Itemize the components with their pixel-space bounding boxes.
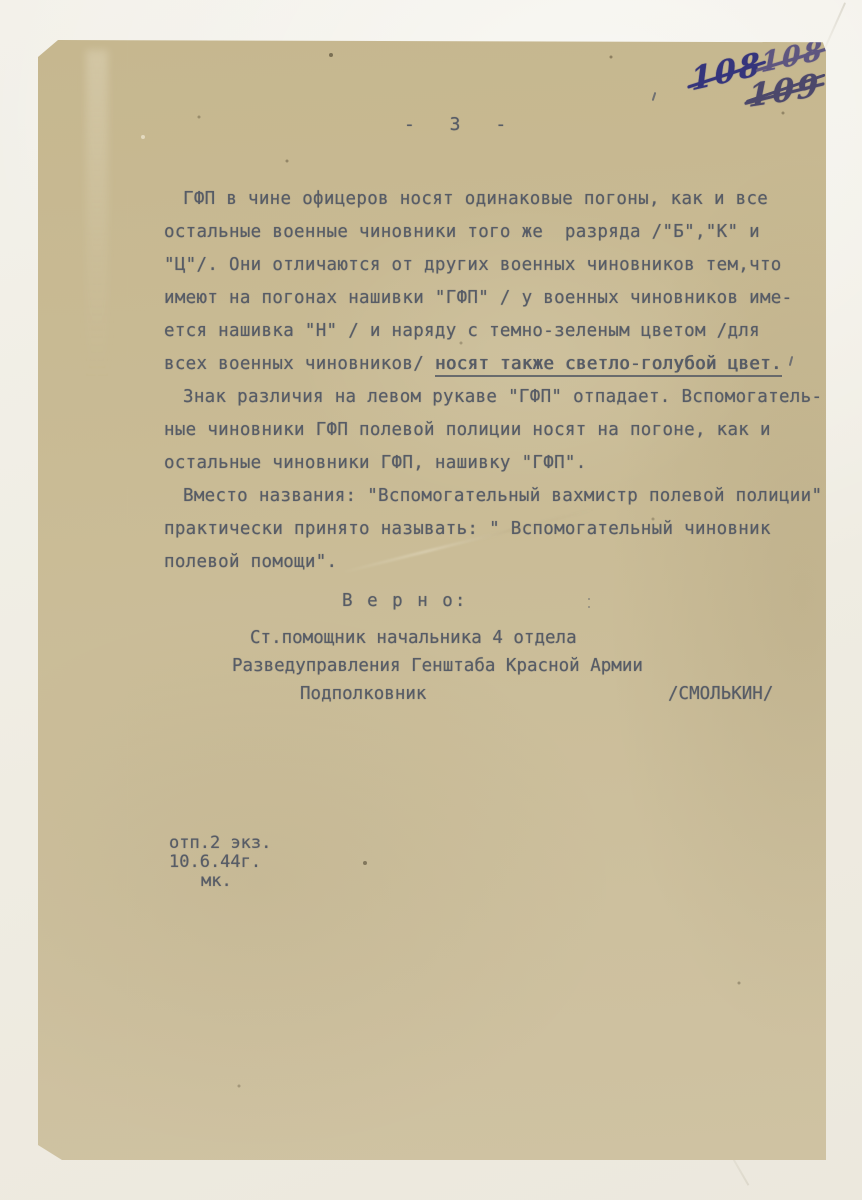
typewritten-line: имеют на погонах нашивки "ГФП" / у военн… [164, 282, 844, 315]
certification-verno: В е р н о: [342, 591, 467, 611]
text-segment: практически принято называть: " Вспомога… [164, 519, 771, 539]
typewritten-line: всех военных чиновников/ носят также све… [164, 348, 844, 381]
footer-notes: отп.2 экз.10.6.44г.мк. [169, 834, 271, 891]
underlined-phrase: носят также светло-голубой цвет. [435, 354, 782, 377]
text-segment: ется нашивка "Н" / и наряду с темно-зеле… [164, 321, 760, 341]
footer-note-line: отп.2 экз. [169, 834, 271, 853]
certification-department-line: Разведуправления Генштаба Красной Армии [232, 656, 643, 676]
text-segment: ные чиновники ГФП полевой полиции носят … [164, 420, 771, 440]
typewritten-line: полевой помощи". [164, 546, 844, 579]
text-segment: имеют на погонах нашивки "ГФП" / у военн… [164, 288, 792, 308]
certification-position-line: Ст.помощник начальника 4 отдела [250, 628, 577, 648]
typewritten-line: ется нашивка "Н" / и наряду с темно-зеле… [164, 315, 844, 348]
text-segment: всех военных чиновников/ [164, 354, 435, 374]
text-segment: Знак различия на левом рукаве "ГФП" отпа… [183, 387, 822, 407]
paper-specks [38, 40, 40, 42]
scan-background: 108108.109 - 3 - ГФП в чине офицеров нос… [0, 0, 862, 1200]
certification-rank: Подполковник [300, 684, 426, 704]
footer-note-line: мк. [169, 872, 271, 891]
typewritten-line: остальные военные чиновники того же разр… [164, 216, 844, 249]
certification-signed-name: /СМОЛЬКИН/ [668, 684, 773, 704]
text-segment: Вместо названия: "Вспомогательный вахмис… [183, 486, 822, 506]
footer-note-line: 10.6.44г. [169, 853, 271, 872]
document-page: 108108.109 - 3 - ГФП в чине офицеров нос… [38, 40, 826, 1160]
text-segment: ГФП в чине офицеров носят одинаковые пог… [183, 189, 768, 209]
document-body: ГФП в чине офицеров носят одинаковые пог… [164, 183, 844, 579]
typewritten-line: ГФП в чине офицеров носят одинаковые пог… [164, 183, 844, 216]
text-segment: полевой помощи". [164, 552, 337, 572]
page-number-heading: - 3 - [404, 114, 515, 135]
text-segment: остальные чиновники ГФП, нашивку "ГФП". [164, 453, 587, 473]
typewritten-line: Знак различия на левом рукаве "ГФП" отпа… [164, 381, 844, 414]
typewritten-line: "Ц"/. Они отличаются от других военных ч… [164, 249, 844, 282]
stray-ink-mark [652, 92, 657, 101]
stray-ink-mark [588, 598, 590, 600]
typewritten-line: практически принято называть: " Вспомога… [164, 513, 844, 546]
typewritten-line: остальные чиновники ГФП, нашивку "ГФП". [164, 447, 844, 480]
text-segment: остальные военные чиновники того же разр… [164, 222, 760, 242]
typewritten-line: ные чиновники ГФП полевой полиции носят … [164, 414, 844, 447]
text-segment: "Ц"/. Они отличаются от других военных ч… [164, 255, 782, 275]
typewritten-line: Вместо названия: "Вспомогательный вахмис… [164, 480, 844, 513]
